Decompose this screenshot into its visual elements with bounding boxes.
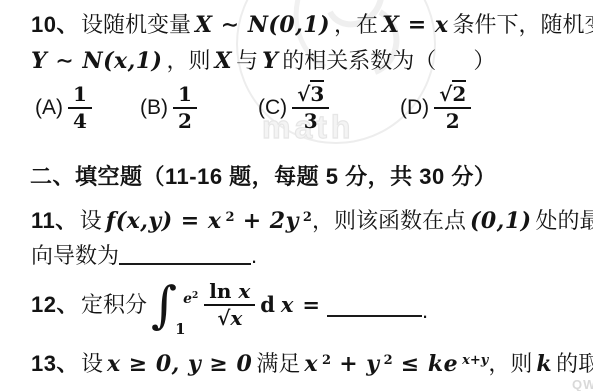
corner-watermark: QW [572,377,593,391]
section-header: 二、填空题（11-16 题，每题 5 分，共 30 分） [30,162,496,192]
q13-sup-exponent: x+y [462,353,488,368]
fraction-denominator: 2 [446,109,460,133]
equals-sign: = [302,290,320,320]
question-10-line-2: Y ∼ N(x,1)，则X与Y的相关系数为（） [31,46,495,76]
q11-math-point: (0,1) [470,208,532,234]
radical-sign: √ [439,82,452,106]
q10-text-2: ，在 [334,12,378,37]
fraction-numerator: √2 [434,83,471,109]
fraction-numerator: 1 [68,83,92,109]
q10-math-condition: X = x [382,12,448,38]
q10-text-5: 与 [236,48,258,73]
radicand-x: x [230,304,242,330]
q12-text-1: 定积分 [81,290,147,320]
question-11-number: 11、 [31,208,78,233]
option-d: (D) √2 2 [400,83,471,133]
radicand: 2 [452,80,466,106]
answer-blank [119,259,251,265]
q11-math-2y: + 2y [235,208,299,234]
q13-text-2: 满足 [256,351,300,376]
q11-text-2: ，则该函数在点 [312,208,466,233]
upper-limit-base: e [183,291,192,307]
q11-text-1: 设 [80,208,102,233]
option-b-fraction: 1 2 [173,83,197,133]
question-11-line-2: 向导数为. [31,241,257,271]
question-10-line-1: 10、设随机变量X ∼ N(0,1)，在X = x条件下，随机变量 [31,10,593,40]
q13-math-x: x [304,351,318,377]
question-13-number: 13、 [31,351,79,376]
integrand-fraction: ln x √x [204,280,255,330]
question-12-line: 12、定积分 ∫ e2 1 ln x √x d x = . [31,276,428,334]
q11-sup-2: 2 [303,210,312,225]
answer-blank [327,311,422,317]
radical-sign: √ [297,82,310,106]
q10-math-x-normal: X ∼ N(0,1) [195,12,330,38]
q13-math-k: k [536,351,552,377]
integral-lower-limit: 1 [175,314,198,344]
option-c-label: (C) [258,96,287,120]
fraction-denominator: √x [217,306,242,330]
option-a-fraction: 1 4 [68,83,92,133]
q13-math-constraints: x ≥ 0, y ≥ 0 [107,351,252,377]
q10-text-1: 设随机变量 [81,12,191,37]
option-d-label: (D) [400,96,429,120]
question-12-number: 12、 [31,290,79,320]
option-b-label: (B) [140,96,168,120]
q13-text-4: 的取值范 [556,351,593,376]
integral-limits: e2 1 [177,281,198,329]
q13-sup-2: 2 [384,353,393,368]
numerator-x: x [238,279,250,303]
option-a: (A) 1 4 [35,83,92,133]
option-c: (C) √3 3 [258,83,329,133]
question-10-number: 10、 [31,12,79,37]
d-variable: x [281,290,294,320]
q10-math-x: X [214,48,232,74]
q11-text-3: 处的最大方 [536,208,593,233]
question-13-line: 13、设x ≥ 0, y ≥ 0满足x2 + y2 ≤ kex+y，则k的取值范 [31,346,593,379]
q11-text-4: 向导数为 [31,243,119,268]
option-c-fraction: √3 3 [292,83,329,133]
q13-sup-1: 2 [322,353,331,368]
q10-math-y-normal: Y ∼ N(x,1) [31,48,162,74]
q13-math-y: + y [331,351,380,377]
q10-math-y: Y [262,48,278,74]
q13-math-ke: ≤ ke [393,351,459,377]
fraction-numerator: √3 [292,83,329,109]
question-11-line-1: 11、设f(x,y) = x2 + 2y2，则该函数在点(0,1)处的最大方 [31,203,593,236]
q13-text-1: 设 [81,351,103,376]
integral-sign: ∫ [151,282,177,328]
fraction-numerator: ln x [204,280,255,306]
option-a-label: (A) [35,96,63,120]
integral-upper-limit: e2 [183,281,198,314]
q12-period: . [422,296,428,326]
ln-operator: ln [209,279,231,303]
option-d-fraction: √2 2 [434,83,471,133]
q11-math-f: f(x,y) = x [106,208,222,234]
fraction-denominator: 3 [304,109,318,133]
radical-sign: √ [217,306,230,330]
q13-text-3: ，则 [488,351,532,376]
fraction-denominator: 4 [73,109,87,133]
q10-text-3: 条件下，随机变量 [452,12,593,37]
fraction-denominator: 2 [178,109,192,133]
q10-text-6: 的相关系数为（ [282,48,436,73]
option-b: (B) 1 2 [140,83,197,133]
upper-limit-exponent: 2 [192,291,198,301]
radicand: 3 [310,80,324,106]
exam-page: math 10、设随机变量X ∼ N(0,1)，在X = x条件下，随机变量 Y… [0,0,593,391]
q11-sup-1: 2 [226,210,235,225]
d-operator: d [260,290,275,320]
q10-text-7: ） [473,48,495,73]
fraction-numerator: 1 [173,83,197,109]
q11-period: . [251,243,257,268]
q10-text-4: ，则 [166,48,210,73]
differential: d x [260,290,293,320]
